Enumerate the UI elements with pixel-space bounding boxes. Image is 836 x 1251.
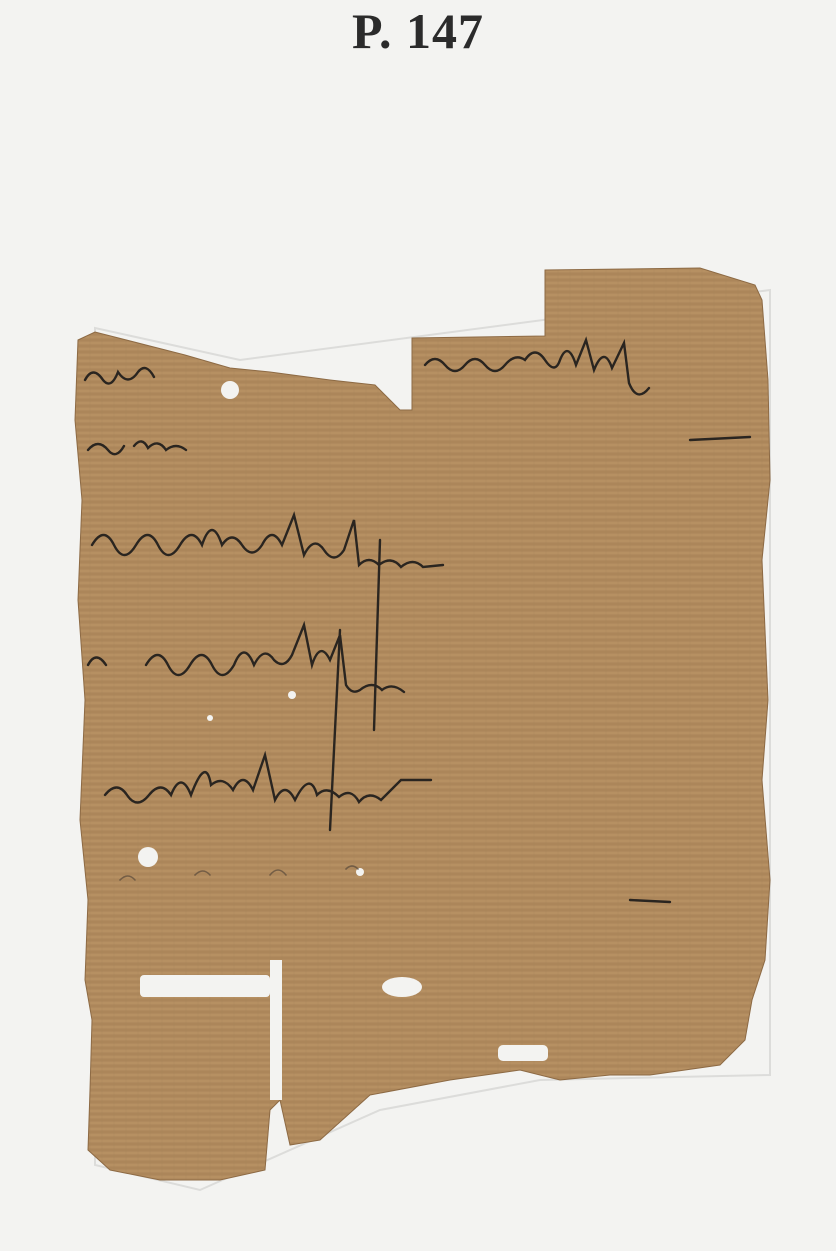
papyrus-fragment: [75, 268, 770, 1180]
papyrus-photo: [0, 0, 836, 1251]
